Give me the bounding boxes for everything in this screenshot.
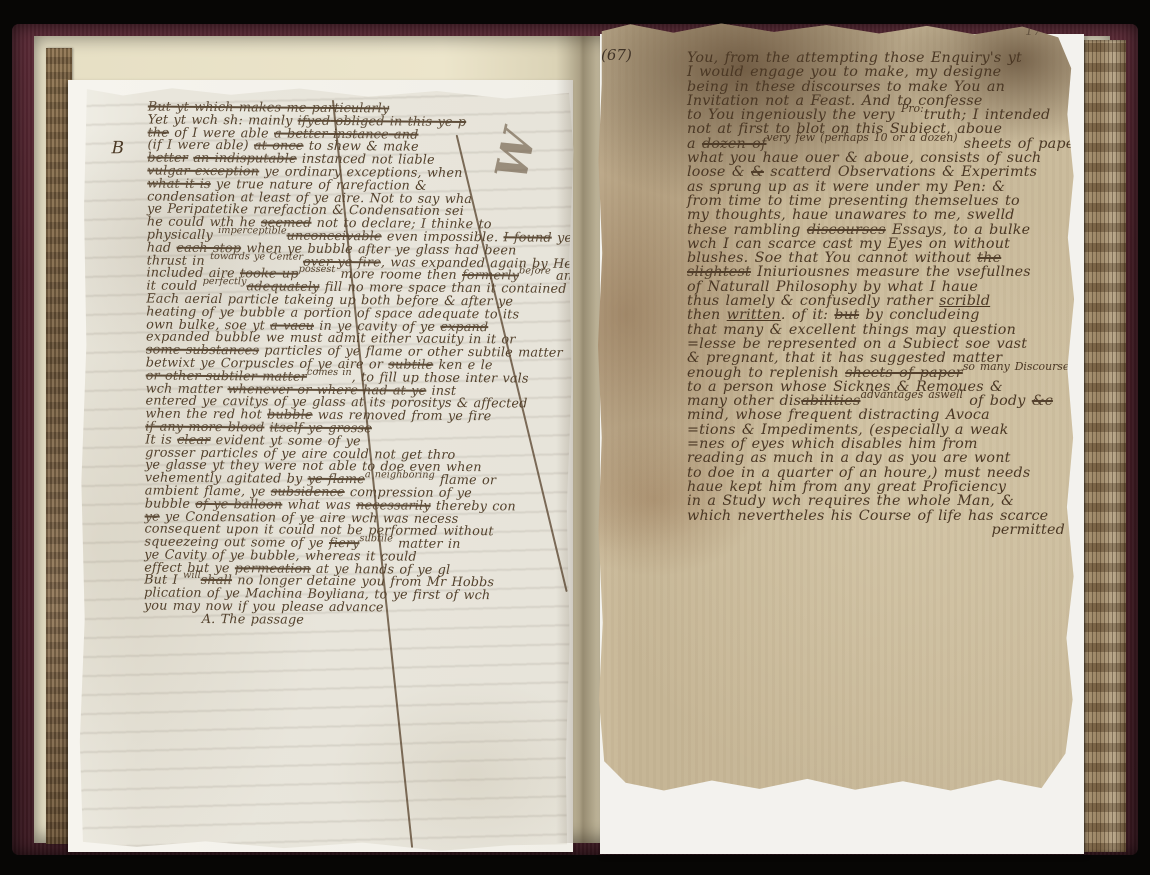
deleted-text: the [977, 250, 1001, 266]
deleted-text: itself ye grosse [270, 420, 372, 436]
left-manuscript-text: But yt which makes me particularlyYet yt… [144, 99, 568, 627]
inserted-text: very few (perhaps 10 or a dozen) [766, 131, 957, 144]
inserted-text: towards ye Center [210, 251, 303, 263]
manuscript-text: permitted [992, 522, 1065, 538]
inserted-text: perfectly [203, 276, 247, 287]
manuscript-line: But yt which makes me particularly [148, 99, 568, 115]
inserted-text: imperceptible [218, 225, 287, 237]
inserted-text: possest [299, 264, 336, 275]
deleted-text: ye [145, 509, 160, 524]
deleted-text: unconceivable [287, 229, 382, 245]
deleted-text: necessarily [356, 498, 431, 514]
left-manuscript-leaf: B W But yt which makes me particularlyYe… [78, 86, 574, 852]
deleted-text: some substances [146, 343, 259, 359]
manuscript-line: =tions & Impediments, (especially a weak [687, 420, 1065, 434]
right-manuscript-leaf: (67) 17 You, from the attempting those E… [597, 22, 1075, 792]
manuscript-line: these rambling discourses Essays, to a b… [687, 220, 1065, 234]
manuscript-line: a dozen ofvery few (perhaps 10 or a doze… [687, 134, 1065, 148]
margin-letter: B [111, 138, 124, 158]
deleted-text: expand [440, 319, 488, 334]
manuscript-line: from time to time presenting themselues … [687, 191, 1065, 205]
inserted-text: comes in [307, 366, 352, 377]
inserted-text: a neighboring [365, 469, 435, 481]
manuscript-line: then written. of it: but by concludeing [687, 305, 1065, 319]
right-manuscript-text: You, from the attempting those Enquiry's… [687, 48, 1065, 534]
deleted-text: & [751, 164, 764, 180]
manuscript-line: reading as much in a day as you are wont [687, 448, 1065, 462]
deleted-text: but [834, 307, 859, 323]
deleted-text: discourses [807, 222, 886, 238]
manuscript-line: loose & & scatterd Observations & Experi… [687, 162, 1065, 176]
manuscript-line: what it is ye true nature of rarefaction… [147, 175, 567, 191]
deleted-text: whenever or where had at ye [227, 382, 426, 399]
deleted-text: of ye balloon [195, 497, 282, 513]
deleted-text: clear [177, 432, 210, 447]
manuscript-line: that many & excellent things may questio… [687, 320, 1065, 334]
inserted-text: advantages aswell [860, 388, 963, 401]
manuscript-line: Invitation not a Feast. And to confesse [687, 91, 1065, 105]
manuscript-photograph: B W But yt which makes me particularlyYe… [0, 0, 1150, 875]
manuscript-line: to You ingeniously the very Pro:truth; I… [687, 105, 1065, 119]
manuscript-line: my thoughts, haue unawares to me, swelld [687, 205, 1065, 219]
deleted-text: permeation [235, 561, 311, 577]
inserted-text: subtile [359, 533, 392, 544]
manuscript-line: many other disabilitiesadvantages aswell… [687, 391, 1065, 405]
deleted-text: abilities [801, 393, 860, 409]
deleted-text: slightest [687, 264, 751, 280]
manuscript-line: slightest Iniuriousnes measure the vsefu… [687, 262, 1065, 276]
deleted-text: adequately [246, 279, 319, 295]
manuscript-line: bubble of ye balloon what was necessaril… [145, 495, 565, 511]
manuscript-line: enough to replenish sheets of paperso ma… [687, 363, 1065, 377]
deleted-text: fiery [329, 536, 360, 551]
inserted-text: before [519, 266, 551, 277]
manuscript-line: You, from the attempting those Enquiry's… [687, 48, 1065, 62]
manuscript-line: being in these discourses to make You an [687, 77, 1065, 91]
deleted-text: the [148, 125, 170, 140]
page-number: (67) [601, 46, 632, 64]
deleted-text: subtile [388, 357, 433, 372]
manuscript-line: which nevertheles his Course of life has… [687, 506, 1065, 520]
inserted-text: Pro: [901, 102, 924, 115]
deleted-text: a vacu [270, 318, 314, 333]
fore-edge-page-stack [1084, 40, 1126, 852]
deleted-text: sheets of paper [845, 365, 963, 381]
manuscript-line: to doe in a quarter of an houre,) must n… [687, 463, 1065, 477]
inserted-text: so many Discourses [963, 360, 1075, 373]
deleted-text: shall [201, 573, 232, 588]
manuscript-text: A. The passage [202, 612, 304, 628]
manuscript-line: thus lamely & confusedly rather scribld [687, 291, 1065, 305]
deleted-text: dozen of [702, 136, 767, 152]
deleted-text: &c [1032, 393, 1053, 409]
inserted-text: will [183, 570, 201, 581]
deleted-text: I found [503, 230, 551, 245]
manuscript-line: or other subtiler mattercomes in, to fil… [146, 367, 566, 383]
manuscript-line: in a Study wch requires the whole Man, & [687, 491, 1065, 505]
deleted-text: and [389, 127, 419, 142]
deleted-text: what it is [147, 176, 211, 191]
manuscript-line: =lesse be represented on a Subiect soe v… [687, 334, 1065, 348]
